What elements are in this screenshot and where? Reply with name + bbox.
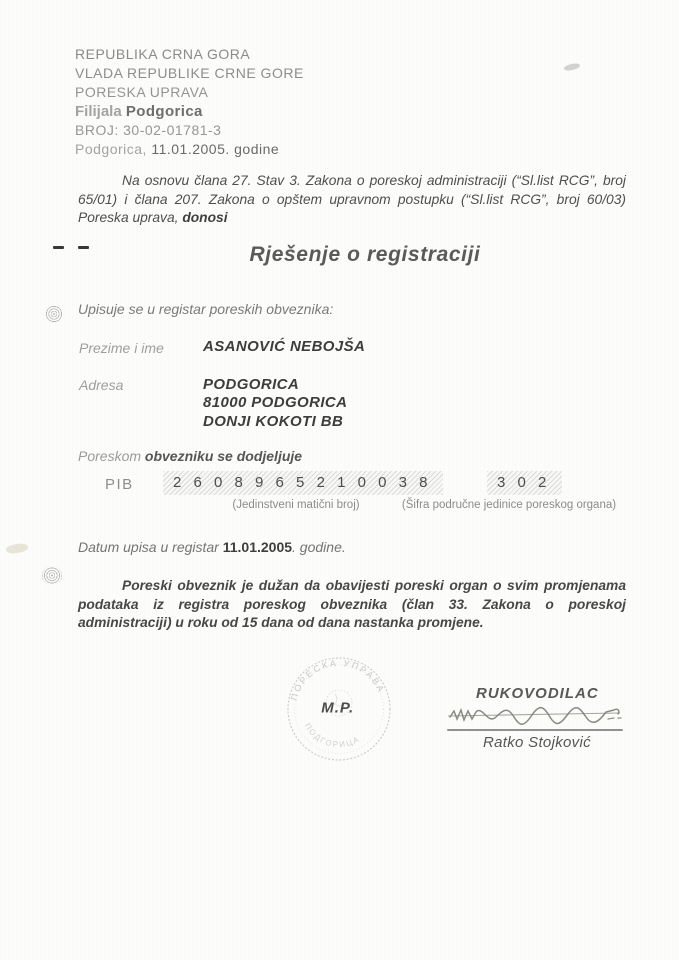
scan-smudge-left	[5, 543, 28, 555]
signature-rule-line	[447, 729, 623, 731]
pib-caption: (Jedinstveni matični broj)	[196, 499, 396, 511]
obligation-notice-paragraph: Poreski obveznik je dužan da obavijesti …	[78, 577, 626, 633]
tax-office-code-value: 3 0 2	[487, 471, 562, 495]
stamp-mp-label: M.P.	[321, 699, 354, 716]
entry-date-prefix: Datum upisa u registar	[78, 539, 223, 555]
handwritten-signature	[448, 699, 626, 731]
letterhead-agency: PORESKA UPRAVA	[75, 83, 304, 102]
signer-name: Ratko Stojković	[483, 734, 591, 751]
tax-office-caption: (Šifra područne jedinice poreskog organa…	[400, 499, 618, 511]
stamp-ring-bottom-text: ПОДГОРИЦА	[303, 722, 362, 750]
register-statement: Upisuje se u registar poreskih obveznika…	[78, 301, 333, 317]
entry-date-suffix: . godine.	[292, 539, 346, 555]
document-number: BROJ: 30-02-01781-3	[75, 121, 304, 140]
scan-speckle-dot-1	[45, 305, 63, 323]
name-field-value: ASANOVIĆ NEBOJŠA	[203, 338, 365, 355]
registry-entry-date-line: Datum upisa u registar 11.01.2005. godin…	[78, 539, 346, 555]
address-field-value: PODGORICA 81000 PODGORICA DONJI KOKOTI B…	[203, 376, 347, 431]
address-line: PODGORICA	[203, 376, 347, 394]
assignment-prefix: Poreskom	[78, 448, 145, 464]
branch-name: Podgorica	[126, 103, 203, 120]
place-name: Podgorica,	[75, 141, 151, 157]
legal-basis-text: Na osnovu člana 27. Stav 3. Zakona o por…	[78, 173, 626, 225]
scan-speckle-dot-2	[42, 566, 62, 585]
address-field-label: Adresa	[79, 377, 123, 393]
entry-date-value: 11.01.2005	[223, 539, 292, 555]
address-line: DONJI KOKOTI BB	[203, 413, 347, 431]
svg-text:ПОДГОРИЦА: ПОДГОРИЦА	[303, 722, 362, 750]
pib-assignment-statement: Poreskom obvezniku se dodjeljuje	[78, 448, 302, 464]
letterhead: REPUBLIKA CRNA GORA VLADA REPUBLIKE CRNE…	[75, 45, 304, 159]
pib-label: PIB	[105, 476, 134, 493]
legal-basis-paragraph: Na osnovu člana 27. Stav 3. Zakona o por…	[78, 172, 626, 228]
scan-smudge-top-right	[564, 62, 581, 71]
issue-date: 11.01.2005. godine	[151, 141, 279, 157]
scanned-document-page: REPUBLIKA CRNA GORA VLADA REPUBLIKE CRNE…	[0, 0, 679, 960]
official-round-stamp: ПОРЕСКА УПРАВА ПОДГОРИЦА M.P.	[284, 654, 394, 764]
letterhead-branch: Filijala Podgorica	[75, 102, 304, 121]
address-line: 81000 PODGORICA	[203, 394, 347, 412]
assignment-emphasis: obvezniku se dodjeljuje	[145, 448, 302, 464]
name-field-label: Prezime i ime	[79, 340, 164, 356]
letterhead-country: REPUBLIKA CRNA GORA	[75, 45, 304, 64]
pib-number-value: 2 6 0 8 9 6 5 2 1 0 0 3 8	[163, 471, 443, 495]
document-title: Rješenje o registraciji	[150, 243, 580, 267]
letterhead-government: VLADA REPUBLIKE CRNE GORE	[75, 64, 304, 83]
legal-basis-emphasis: donosi	[182, 210, 227, 225]
place-and-date: Podgorica, 11.01.2005. godine	[75, 140, 304, 159]
stray-dash-mark-2	[78, 246, 89, 249]
stray-dash-mark-1	[53, 246, 64, 249]
branch-prefix: Filijala	[75, 103, 126, 120]
